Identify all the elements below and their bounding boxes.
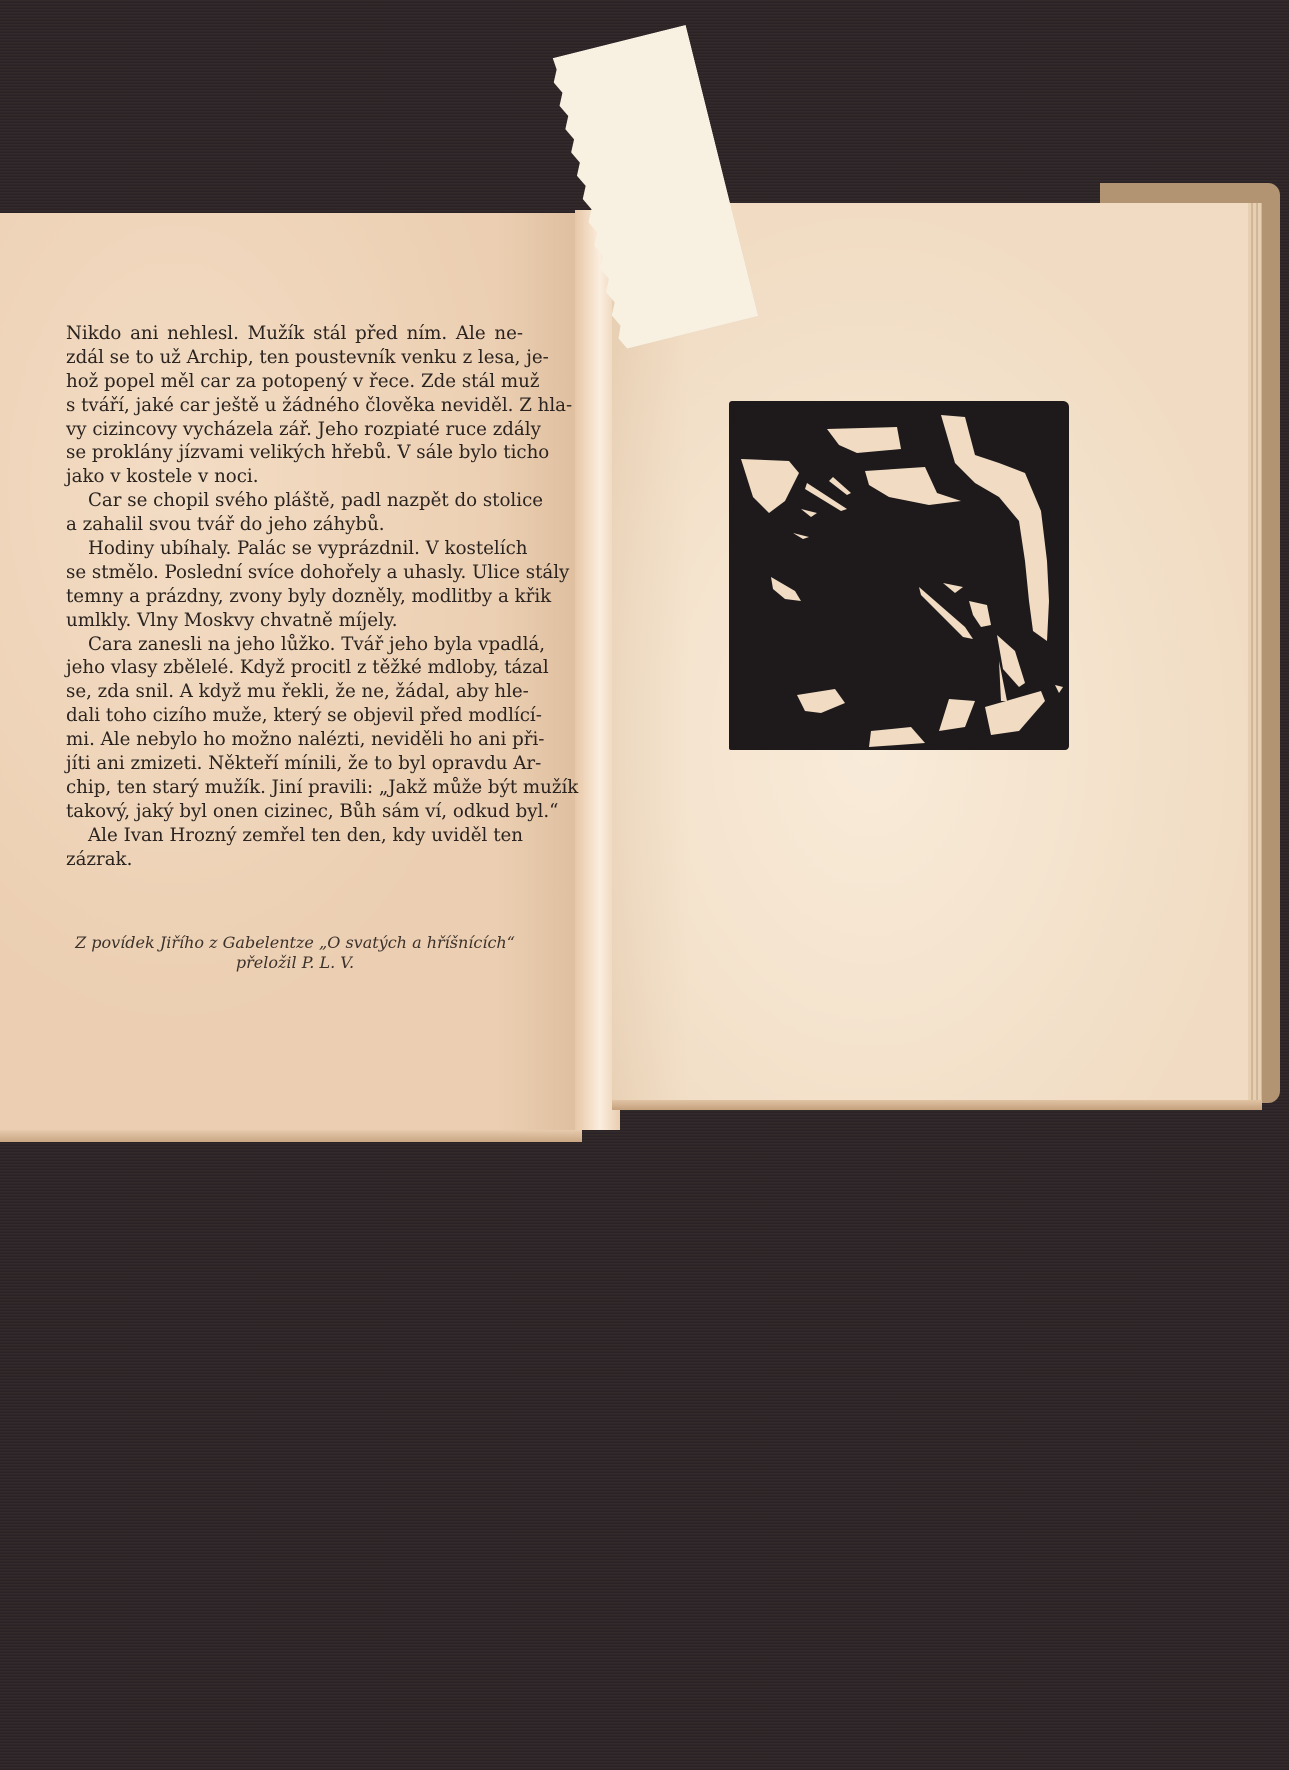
text-line: s tváří, jaké car ještě u žádného člověk… — [66, 394, 523, 418]
text-line: Cara zanesli na jeho lůžko. Tvář jeho by… — [66, 633, 523, 657]
caption-translator-line: přeložil P. L. V. — [30, 953, 560, 973]
text-line: jeho vlasy zbělelé. Když procitl z těžké… — [66, 656, 523, 680]
page-bottom-edge — [612, 1100, 1262, 1110]
text-line: zdál se to už Archip, ten poustevník ven… — [66, 346, 523, 370]
text-line: se stmělo. Poslední svíce dohořely a uha… — [66, 561, 523, 585]
source-caption: Z povídek Jiřího z Gabelentze „O svatých… — [30, 933, 560, 973]
text-line: mi. Ale nebylo ho možno nalézti, neviděl… — [66, 728, 523, 752]
body-text: Nikdo ani nehlesl. Mužík stál před ním. … — [66, 322, 523, 871]
text-line: jako v kostele v noci. — [66, 465, 523, 489]
book-spread: Nikdo ani nehlesl. Mužík stál před ním. … — [0, 0, 1289, 1770]
text-line: temny a prázdny, zvony byly dozněly, mod… — [66, 585, 523, 609]
text-line: umlkly. Vlny Moskvy chvatně míjely. — [66, 609, 523, 633]
text-line: dali toho cizího muže, který se objevil … — [66, 704, 523, 728]
text-line: jíti ani zmizeti. Někteří mínili, že to … — [66, 752, 523, 776]
caption-source-line: Z povídek Jiřího z Gabelentze „O svatých… — [30, 933, 560, 953]
text-line: takový, jaký byl onen cizinec, Bůh sám v… — [66, 800, 523, 824]
woodcut-illustration — [729, 401, 1069, 750]
text-line: Car se chopil svého pláště, padl nazpět … — [66, 489, 523, 513]
text-line: se proklány jízvami velikých hřebů. V sá… — [66, 441, 523, 465]
text-line: Nikdo ani nehlesl. Mužík stál před ním. … — [66, 322, 523, 346]
text-line: Hodiny ubíhaly. Palác se vyprázdnil. V k… — [66, 537, 523, 561]
text-line: a zahalil svou tvář do jeho záhybů. — [66, 513, 523, 537]
page-stack-edge — [1248, 203, 1262, 1103]
text-line: se, zda snil. A když mu řekli, že ne, žá… — [66, 680, 523, 704]
text-line: vy cizincovy vycházela zář. Jeho rozpiat… — [66, 418, 523, 442]
text-line: zázrak. — [66, 848, 523, 872]
woodcut-image-icon — [729, 401, 1069, 750]
text-line: chip, ten starý mužík. Jiní pravili: „Ja… — [66, 776, 523, 800]
text-line: Ale Ivan Hrozný zemřel ten den, kdy uvid… — [66, 824, 523, 848]
text-line: hož popel měl car za potopený v řece. Zd… — [66, 370, 523, 394]
